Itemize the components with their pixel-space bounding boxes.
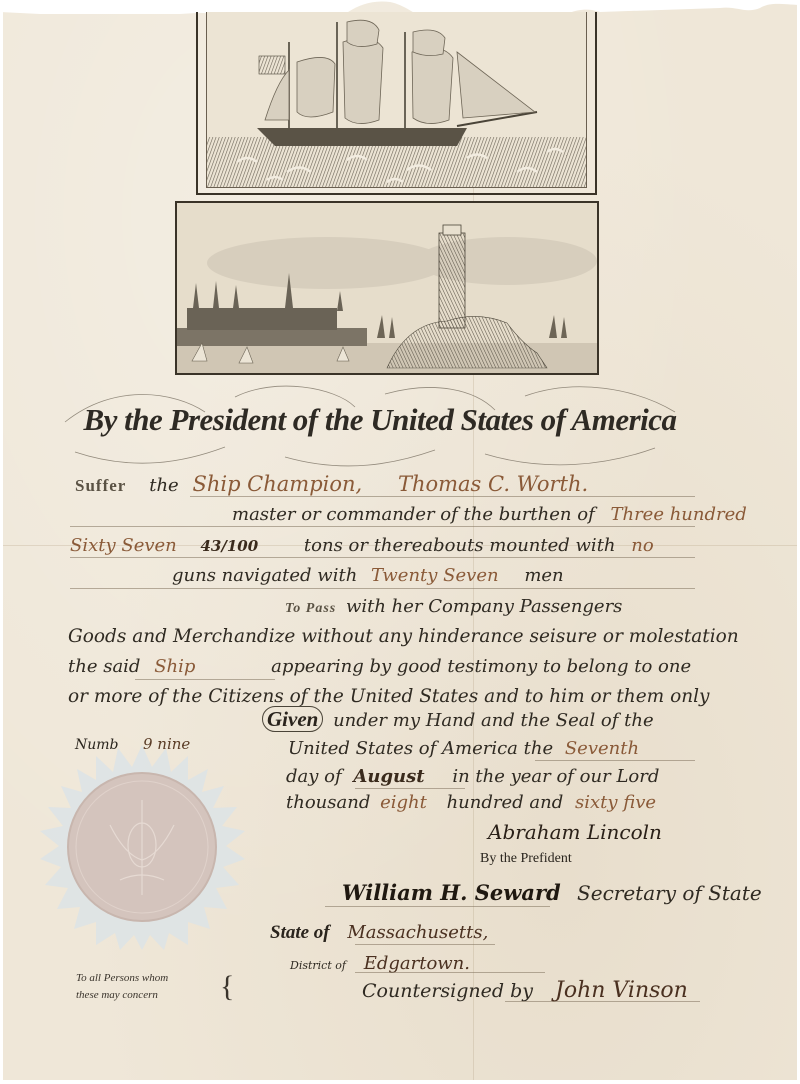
fill-rule	[70, 557, 695, 558]
fill-rule	[505, 1001, 700, 1002]
state-value: Massachusetts,	[347, 922, 488, 943]
printed-text: day of	[286, 766, 342, 787]
district-value: Edgartown.	[364, 953, 470, 974]
given-line-1: Given under my Hand and the Seal of the	[262, 707, 654, 732]
printed-text: tons or thereabouts mounted with	[304, 535, 616, 556]
ship-icon	[207, 12, 586, 188]
body-line-2: master or commander of the burthen of Th…	[232, 504, 747, 525]
fill-rule	[70, 588, 695, 589]
printed-text: the	[149, 475, 178, 496]
body-line-3: Sixty Seven 43/100 tons or thereabouts m…	[70, 535, 654, 556]
guns-value: no	[631, 535, 653, 556]
year-century-value: eight	[380, 792, 427, 813]
given-label: Given	[262, 706, 323, 732]
page-title: By the President of the United States of…	[60, 402, 700, 452]
state-line: State of Massachusetts,	[270, 922, 488, 944]
printed-text: guns navigated with	[172, 565, 357, 586]
body-line-6: Goods and Merchandize without any hinder…	[68, 626, 739, 647]
president-signature: Abraham Lincoln	[488, 820, 662, 844]
district-label: District of	[290, 959, 346, 972]
seal-icon	[40, 745, 245, 950]
address-note: To all Persons whom these may concern	[76, 970, 168, 1004]
fill-rule	[355, 972, 545, 973]
given-line-3: day of August in the year of our Lord	[286, 766, 659, 787]
burthen-value: Three hundred	[610, 504, 746, 525]
printed-text: hundred and	[447, 792, 564, 813]
address-note-line-2: these may concern	[76, 987, 168, 1004]
printed-text: with her Company Passengers	[346, 596, 622, 617]
year-decade-value: sixty five	[575, 792, 656, 813]
given-line-2: United States of America the Seventh	[288, 738, 639, 759]
secretary-signature: William H. Seward	[342, 880, 561, 905]
fill-rule	[135, 679, 275, 680]
countersigned-label: Countersigned by	[362, 980, 533, 1002]
master-name: Thomas C. Worth.	[398, 472, 588, 496]
countersigned-line: Countersigned by John Vinson	[362, 978, 688, 1003]
fill-rule	[535, 760, 695, 761]
fill-rule	[355, 788, 465, 789]
month-value: August	[353, 766, 424, 787]
printed-text: thousand	[286, 792, 370, 813]
to-pass-label: To Pass	[285, 601, 336, 616]
tons-value: Sixty Seven	[70, 535, 177, 556]
body-line-4: guns navigated with Twenty Seven men	[172, 565, 564, 586]
fill-rule	[70, 526, 695, 527]
suffer-label: Suffer	[75, 476, 126, 495]
ship-engraving-frame	[196, 12, 597, 195]
fill-rule	[325, 906, 550, 907]
printed-text: in the year of our Lord	[452, 766, 659, 787]
printed-text: men	[524, 565, 563, 586]
address-note-line-1: To all Persons whom	[76, 970, 168, 987]
body-line-8: or more of the Citizens of the United St…	[68, 686, 710, 707]
crew-count: Twenty Seven	[371, 565, 499, 586]
printed-text: Goods and Merchandize without any hinder…	[68, 626, 739, 647]
lighthouse-harbor-icon	[177, 203, 597, 373]
day-value: Seventh	[565, 738, 639, 759]
state-label: State of	[270, 922, 330, 943]
printed-text: appearing by good testimony to belong to…	[271, 656, 691, 677]
vessel-name: Ship Champion,	[192, 472, 362, 496]
vessel-type: Ship	[154, 656, 195, 677]
secretary-line: William H. Seward Secretary of State	[342, 880, 762, 905]
body-line-5: To Pass with her Company Passengers	[285, 596, 622, 617]
body-line-1: Suffer the Ship Champion, Thomas C. Wort…	[75, 472, 588, 496]
body-line-7: the said Ship appearing by good testimon…	[68, 656, 691, 677]
secretary-title: Secretary of State	[577, 881, 762, 905]
district-line: District of Edgartown.	[290, 953, 470, 974]
brace-icon: {	[220, 970, 234, 1004]
given-line-4: thousand eight hundred and sixty five	[286, 792, 656, 813]
countersigned-signature: John Vinson	[555, 978, 688, 1003]
printed-text: or more of the Citizens of the United St…	[68, 686, 710, 707]
by-the-president-label: By the Prefident	[480, 851, 572, 867]
printed-text: under my Hand and the Seal of the	[333, 710, 654, 731]
fill-rule	[355, 944, 495, 945]
ship-engraving	[206, 12, 587, 188]
printed-text: master or commander of the burthen of	[232, 504, 595, 525]
tons-fraction: 43/100	[201, 537, 259, 555]
harbor-engraving	[175, 201, 599, 375]
printed-text: United States of America the	[288, 738, 553, 759]
fill-rule	[190, 496, 695, 497]
printed-text: the said	[68, 656, 140, 677]
